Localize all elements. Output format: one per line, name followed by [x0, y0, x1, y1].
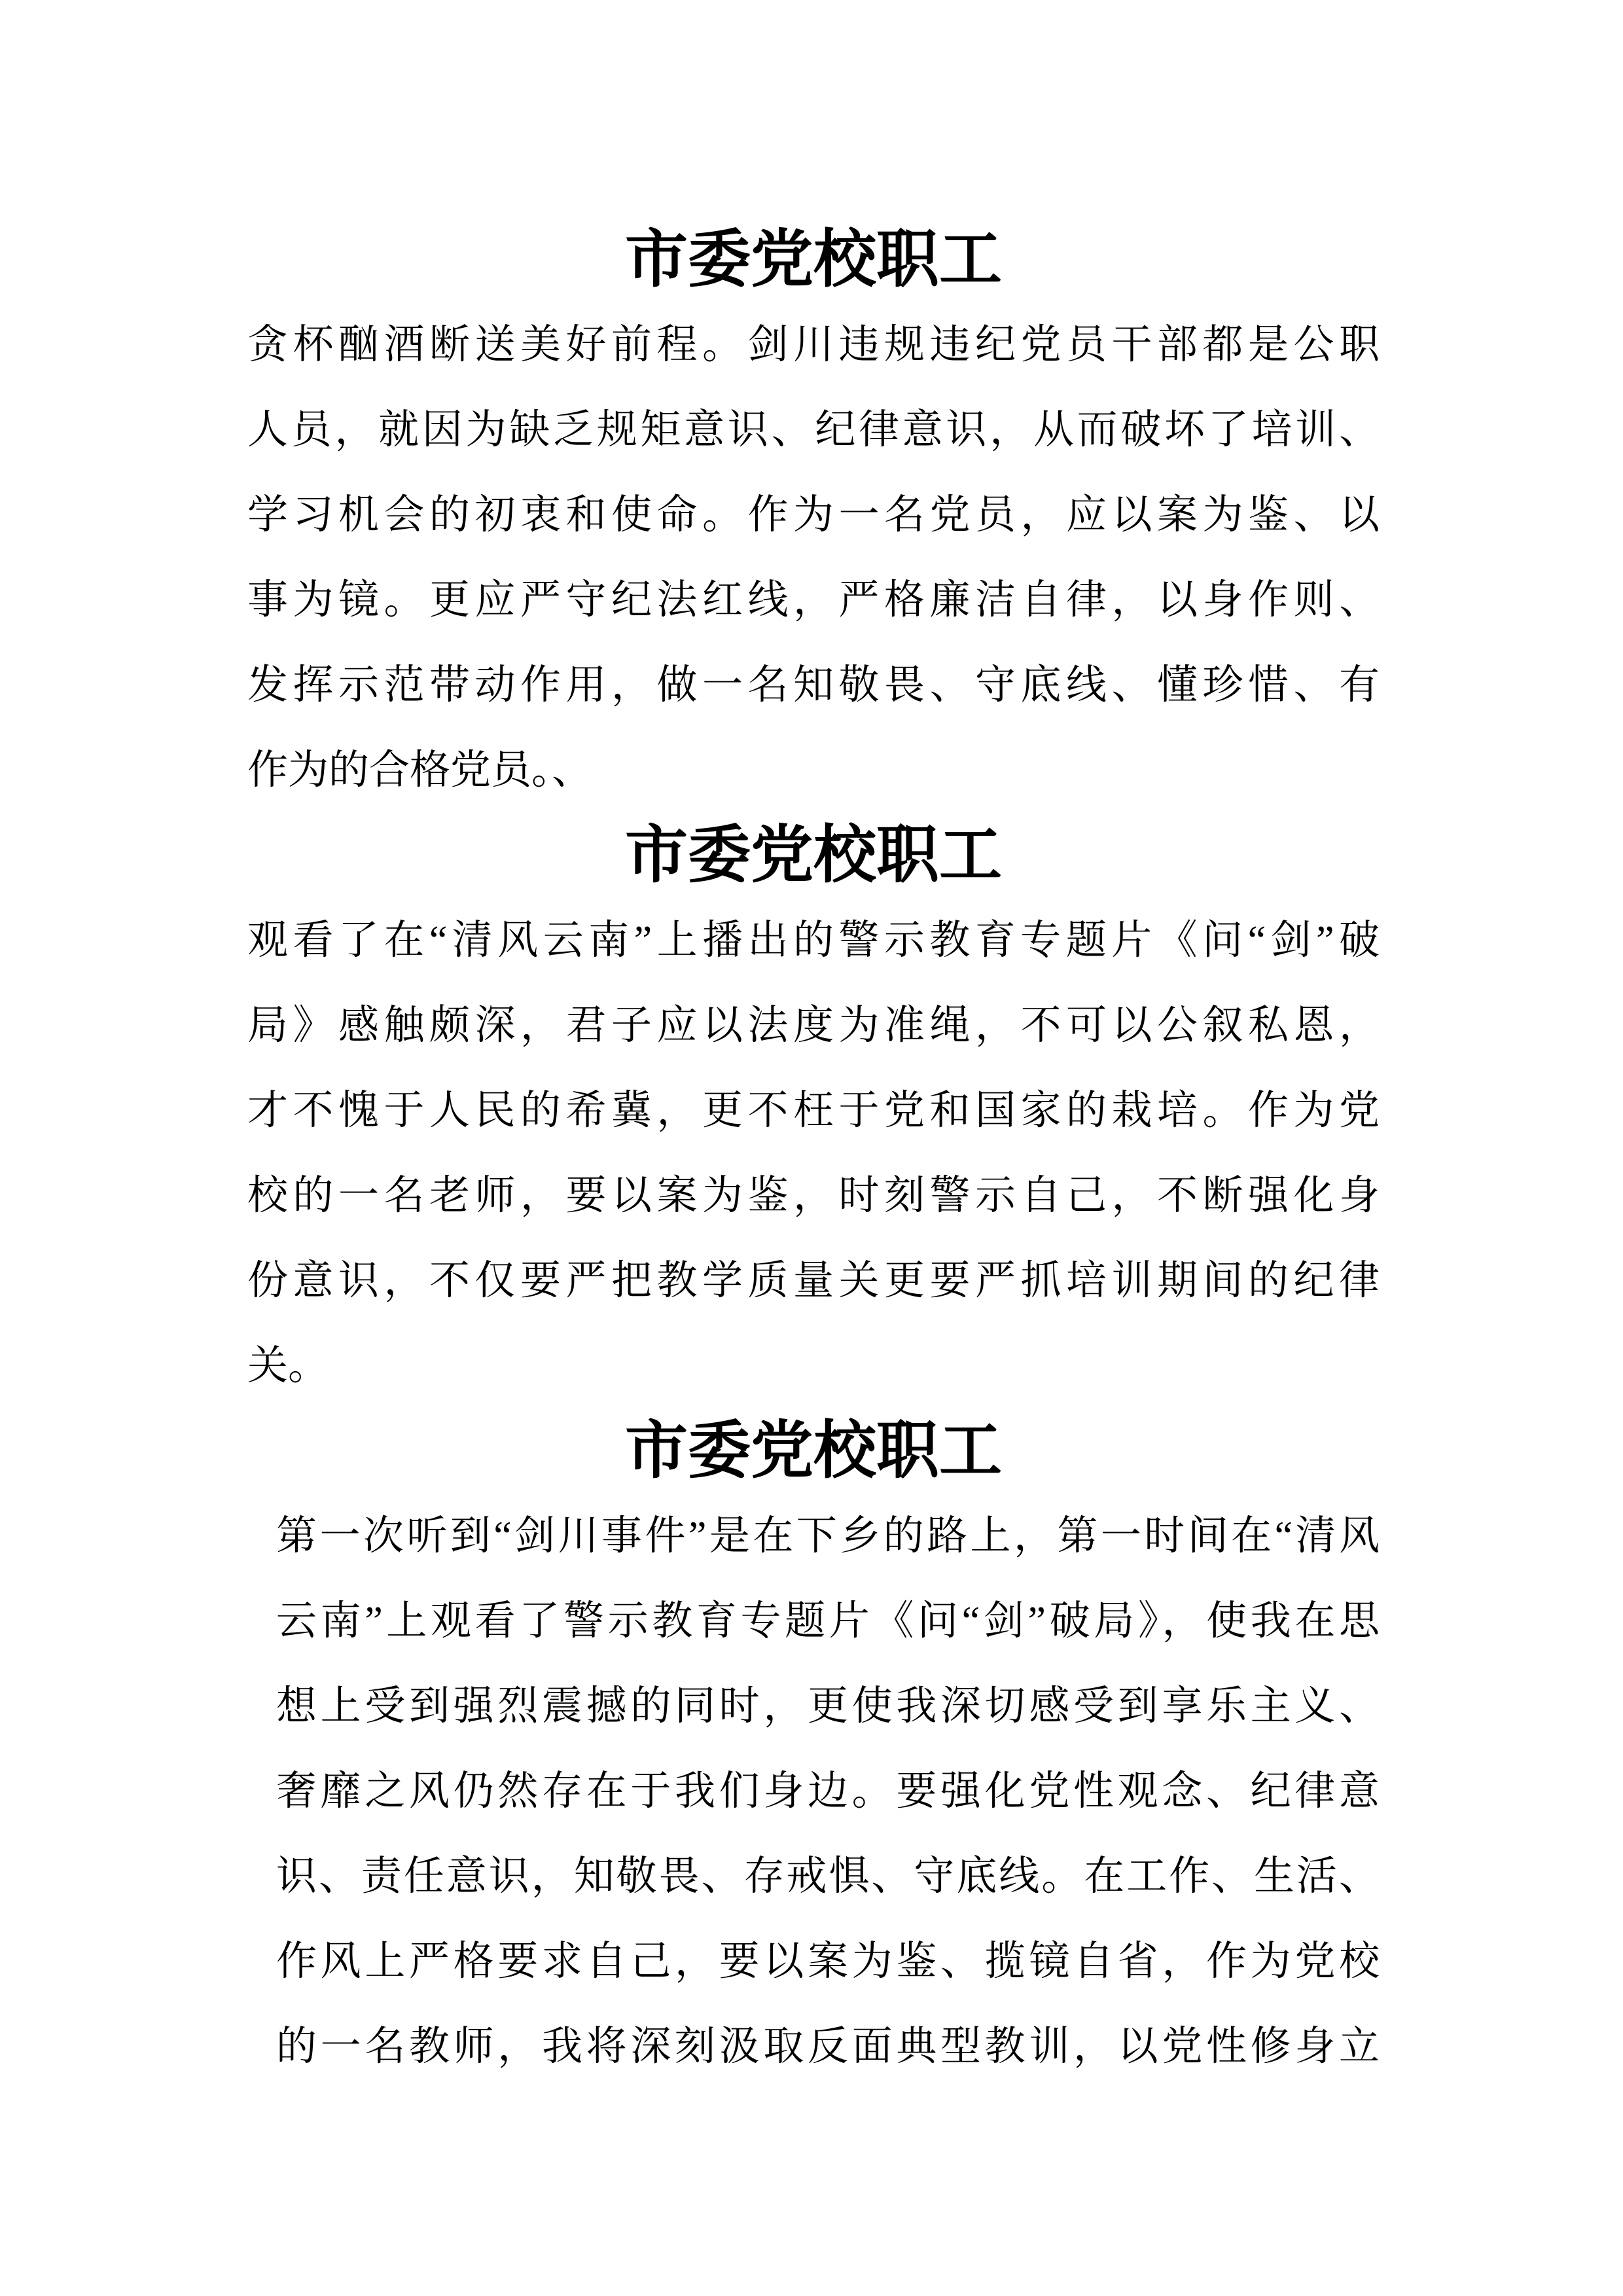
paragraph: 观看了在“清风云南”上播出的警示教育专题片《问“剑”破局》感触颇深，君子应以法度… [247, 898, 1380, 1408]
text-line: 第一次听到“剑川事件”是在下乡的路上，第一时间在“清风 [247, 1494, 1380, 1579]
text-line: 识、责任意识，知敬畏、存戒惧、守底线。在工作、生活、 [247, 1834, 1380, 1919]
text-line: 观看了在“清风云南”上播出的警示教育专题片《问“剑”破 [247, 898, 1380, 983]
text-line: 才不愧于人民的希冀，更不枉于党和国家的栽培。作为党 [247, 1068, 1380, 1153]
section-heading: 市委党校职工 [247, 1408, 1380, 1494]
text-line: 关。 [247, 1323, 1380, 1408]
section-3: 市委党校职工 第一次听到“剑川事件”是在下乡的路上，第一时间在“清风云南”上观看… [247, 1408, 1380, 2089]
text-line: 学习机会的初衷和使命。作为一名党员，应以案为鉴、以 [247, 473, 1380, 558]
paragraph: 第一次听到“剑川事件”是在下乡的路上，第一时间在“清风云南”上观看了警示教育专题… [247, 1494, 1380, 2089]
section-heading: 市委党校职工 [247, 813, 1380, 898]
text-line: 局》感触颇深，君子应以法度为准绳，不可以公叙私恩， [247, 983, 1380, 1068]
section-2: 市委党校职工 观看了在“清风云南”上播出的警示教育专题片《问“剑”破局》感触颇深… [247, 813, 1380, 1408]
text-line: 人员，就因为缺乏规矩意识、纪律意识，从而破坏了培训、 [247, 387, 1380, 473]
text-line: 校的一名老师，要以案为鉴，时刻警示自己，不断强化身 [247, 1153, 1380, 1238]
text-line: 事为镜。更应严守纪法红线，严格廉洁自律，以身作则、 [247, 558, 1380, 643]
paragraph: 贪杯酗酒断送美好前程。剑川违规违纪党员干部都是公职人员，就因为缺乏规矩意识、纪律… [247, 302, 1380, 813]
text-line: 贪杯酗酒断送美好前程。剑川违规违纪党员干部都是公职 [247, 302, 1380, 387]
text-line: 的一名教师，我将深刻汲取反面典型教训，以党性修身立 [247, 2004, 1380, 2089]
document-content: 市委党校职工 贪杯酗酒断送美好前程。剑川违规违纪党员干部都是公职人员，就因为缺乏… [247, 217, 1380, 2089]
section-1: 市委党校职工 贪杯酗酒断送美好前程。剑川违规违纪党员干部都是公职人员，就因为缺乏… [247, 217, 1380, 813]
text-line: 想上受到强烈震撼的同时，更使我深切感受到享乐主义、 [247, 1664, 1380, 1749]
document-page: 市委党校职工 贪杯酗酒断送美好前程。剑川违规违纪党员干部都是公职人员，就因为缺乏… [0, 0, 1623, 2296]
text-line: 作为的合格党员。、 [247, 728, 1380, 813]
text-line: 作风上严格要求自己，要以案为鉴、揽镜自省，作为党校 [247, 1919, 1380, 2004]
text-line: 份意识，不仅要严把教学质量关更要严抓培训期间的纪律 [247, 1238, 1380, 1323]
text-line: 奢靡之风仍然存在于我们身边。要强化党性观念、纪律意 [247, 1749, 1380, 1834]
text-line: 发挥示范带动作用，做一名知敬畏、守底线、懂珍惜、有 [247, 643, 1380, 728]
section-heading: 市委党校职工 [247, 217, 1380, 302]
text-line: 云南”上观看了警示教育专题片《问“剑”破局》，使我在思 [247, 1579, 1380, 1664]
